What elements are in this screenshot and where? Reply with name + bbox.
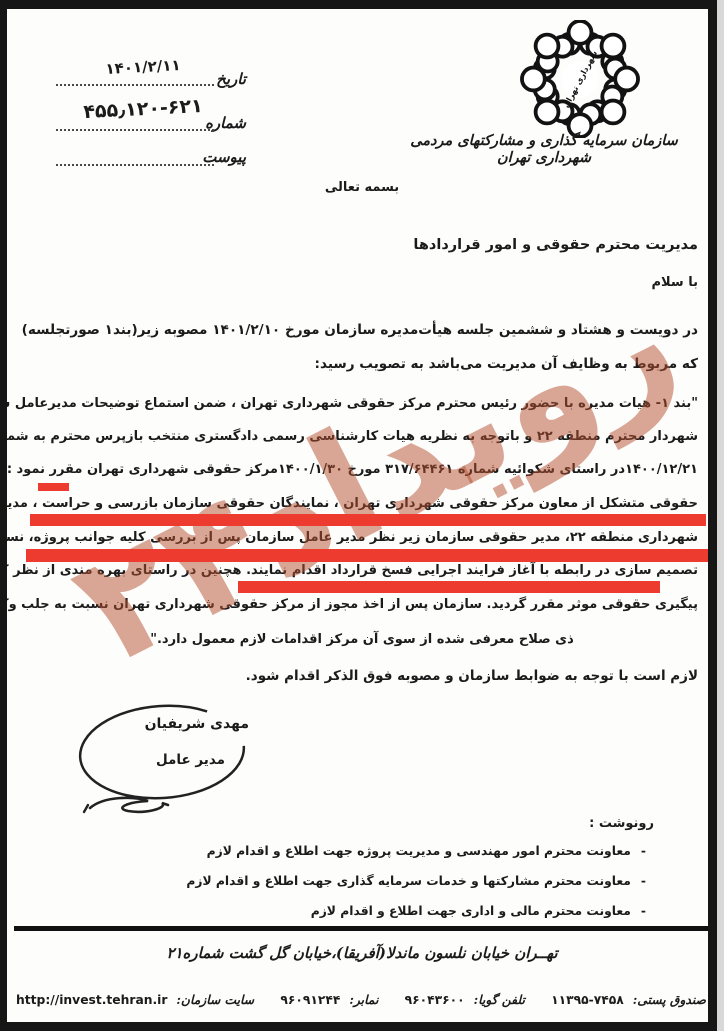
phone-field: تلفن گویا: ۹۶۰۴۳۶۰۰: [405, 992, 525, 1007]
number-line: [56, 129, 214, 131]
date-line: [56, 84, 214, 86]
recipient-title: مدیریت محترم حقوقی و امور قراردادها: [413, 237, 698, 253]
scan-frame-left: [0, 0, 7, 1031]
cc-item: معاونت محترم امور مهندسی و مدیریت پروژه …: [207, 844, 646, 858]
scan-frame-top: [0, 0, 724, 9]
fax-label: نمابر:: [349, 992, 378, 1007]
footer-address: تهــران خیابان نلسون ماندلا(آفریقا)،خیاب…: [40, 944, 684, 962]
salutation: با سلام: [652, 275, 698, 290]
fax-field: نمابر: ۹۶۰۹۱۲۴۴: [280, 992, 378, 1007]
body-line: "بند ۱- هیات مدیره با حضور رئیس محترم مر…: [22, 396, 698, 411]
body-line: حقوقی متشکل از معاون مرکز حقوقی شهرداری …: [22, 496, 698, 511]
red-underline-highlight: [238, 581, 660, 593]
besmeleh-text: بسمه تعالی: [0, 180, 724, 195]
body-line: ذی صلاح معرفی شده از سوی آن مرکز اقدامات…: [120, 632, 604, 647]
phone-label: تلفن گویا:: [474, 992, 525, 1007]
footer-divider: [14, 926, 708, 931]
pobox-label: صندوق پستی:: [633, 992, 706, 1007]
body-line: تصمیم سازی در رابطه با آغاز فرایند اجرای…: [22, 563, 698, 578]
closing-instruction: لازم است با توجه به ضوابط سازمان و مصوبه…: [246, 668, 698, 684]
scanned-letter-page: شهرداری تهران سازمان سرمایه گذاری و مشار…: [0, 0, 724, 1031]
body-line: شهرداری منطقه ۲۲، مدیر حقوقی سازمان زیر …: [22, 530, 698, 545]
pobox-value: ۱۱۳۹۵-۷۴۵۸: [551, 993, 624, 1007]
body-line: پیگیری حقوقی موثر مقرر گردید. سازمان پس …: [22, 597, 698, 612]
signer-title: مدیر عامل: [156, 752, 225, 768]
pobox-field: صندوق پستی: ۱۱۳۹۵-۷۴۵۸: [551, 992, 706, 1007]
website-url: http://invest.tehran.ir: [16, 993, 167, 1007]
date-label: تاریخ: [216, 70, 246, 88]
website-label: سایت سازمان:: [176, 992, 254, 1007]
signer-name: مهدی شریفیان: [145, 716, 249, 732]
cc-item: معاونت محترم مالی و اداری جهت اطلاع و اق…: [311, 904, 646, 918]
scan-frame-right: [708, 0, 717, 1031]
body-line: ۱۴۰۰/۱۲/۲۱در راستای شکوائیه شماره ۳۱۷/۶۴…: [22, 462, 698, 477]
signature-block: مهدی شریفیان مدیر عامل: [62, 694, 277, 829]
footer-contacts: صندوق پستی: ۱۱۳۹۵-۷۴۵۸ تلفن گویا: ۹۶۰۴۳۶…: [16, 992, 706, 1007]
body-line: شهردار محترم منطقه ۲۲ و باتوجه به نظریه …: [22, 429, 698, 444]
intro-line: در دویست و هشتاد و ششمین جلسه هیأت‌مدیره…: [22, 322, 698, 338]
cc-label: رونوشت :: [589, 816, 654, 831]
red-underline-highlight: [26, 549, 710, 562]
attachment-line: [56, 164, 214, 166]
intro-line: که مربوط به وظایف آن مدیریت می‌باشد به ت…: [315, 356, 698, 372]
fax-value: ۹۶۰۹۱۲۴۴: [280, 993, 340, 1007]
date-value-handwritten: ۱۴۰۱/۲/۱۱: [68, 54, 219, 80]
red-underline-highlight: [30, 514, 706, 526]
website-field: سایت سازمان: http://invest.tehran.ir: [16, 992, 254, 1007]
red-underline-highlight: [38, 483, 69, 491]
scan-edge-artifact: [717, 0, 724, 1031]
number-value-handwritten: ۴۵۵٫۱۲۰-۶۲۱: [68, 94, 219, 124]
tehran-municipality-logo-icon: شهرداری تهران: [520, 20, 640, 138]
phone-value: ۹۶۰۴۳۶۰۰: [405, 993, 465, 1007]
organization-name: سازمان سرمایه گذاری و مشارکتهای مردمی شه…: [380, 132, 708, 166]
scan-frame-bottom: [0, 1022, 724, 1031]
cc-item: معاونت محترم مشارکتها و خدمات سرمایه گذا…: [186, 874, 646, 888]
